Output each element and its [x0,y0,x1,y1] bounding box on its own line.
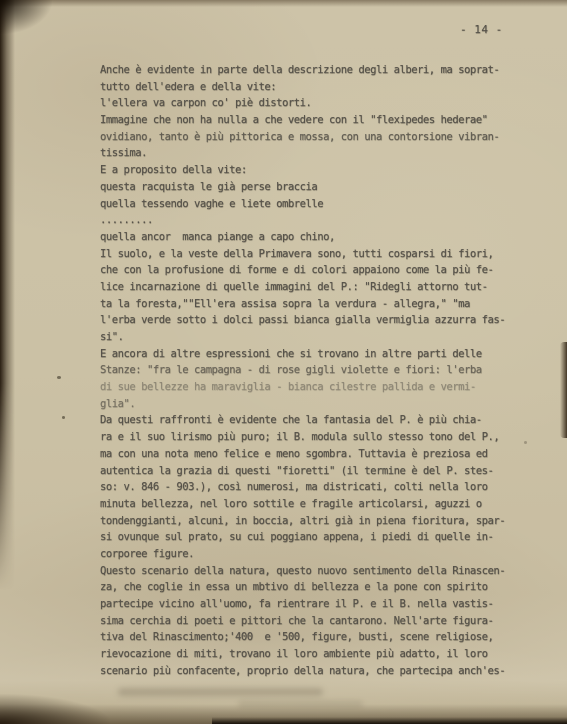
text-line: autentica la grazia di questi "fioretti"… [100,465,524,482]
text-line: so: v. 846 - 903.), così numerosi, ma di… [100,481,524,498]
text-line: ta la foresta,""Ell'era assisa sopra la … [100,298,524,315]
text-line: Da questi raffronti è evidente che la fa… [100,414,524,431]
paper-edge-bottom-line [212,717,567,724]
typewritten-text-block: Anche è evidente in parte della descrizi… [100,64,524,681]
page-number: - 14 - [460,23,503,36]
text-line: tondenggianti, alcuni, in boccia, altri … [100,515,524,532]
text-line: l'ellera va carpon co' piè distorti. [100,97,524,114]
document-photo: - 14 - Anche è evidente in parte della d… [0,0,567,724]
text-line: E a proposito della vite: [100,164,524,181]
paper-speck [57,376,61,379]
text-line: Stanze: "fra le campagna - di rose gigli… [100,364,524,381]
text-line: tissima. [100,147,524,164]
paper-edge-top [0,0,567,7]
text-line: questa racquista le già perse braccia [100,181,524,198]
text-line: Immagine che non ha nulla a che vedere c… [100,114,524,131]
text-line: Il suolo, e la veste della Primavera son… [100,248,524,265]
text-line: lice incarnazione di quelle immagini del… [100,281,524,298]
text-line: quella tessendo vaghe e liete ombrelle [100,198,524,215]
text-line: ......... [100,214,524,231]
text-line: partecipe vicino all'uomo, fa rientrare … [100,598,524,615]
text-line: ma con una nota meno felice e meno sgomb… [100,448,524,465]
text-line: che con la profusione di forme e di colo… [100,264,524,281]
text-line: rievocazione di miti, trovano il loro am… [100,648,524,665]
text-line: ovidiano, tanto è più pittorica e mossa,… [100,131,524,148]
text-line: E ancora di altre espressioni che si tro… [100,348,524,365]
text-line: sima cerchia di poeti e pittori che la c… [100,615,524,632]
text-line: Questo scenario della natura, questo nuo… [100,565,524,582]
text-line: minuta bellezza, nel loro sottile e frag… [100,498,524,515]
paper-speck [62,416,65,419]
paper-corner-top-left [0,0,52,34]
text-line: tiva del Rinascimento;'400 e '500, figur… [100,631,524,648]
text-line: di sue bellezze ha maraviglia - bianca c… [100,381,524,398]
text-line: si ovunque sul prato, su cui poggiano ap… [100,531,524,548]
text-line: quella ancor manca piange a capo chino, [100,231,524,248]
text-line: l'erba verde sotto i dolci passi bianca … [100,314,524,331]
ink-bleedthrough-smudge [118,688,323,696]
text-line: si". [100,331,524,348]
text-line: Anche è evidente in parte della descrizi… [100,64,524,81]
paper-edge-right [560,342,567,438]
paper-speck [524,441,527,444]
text-line: scenario più confacente, proprio della n… [100,665,524,682]
paper-edge-left [0,0,15,590]
text-line: corporee figure. [100,548,524,565]
text-line: ra e il suo lirismo più puro; il B. modu… [100,431,524,448]
paper-corner-bottom-left [0,694,110,724]
text-line: za, che coglie in essa un mbtivo di bell… [100,581,524,598]
text-line: tutto dell'edera e della vite: [100,81,524,98]
text-line: glia". [100,398,524,415]
